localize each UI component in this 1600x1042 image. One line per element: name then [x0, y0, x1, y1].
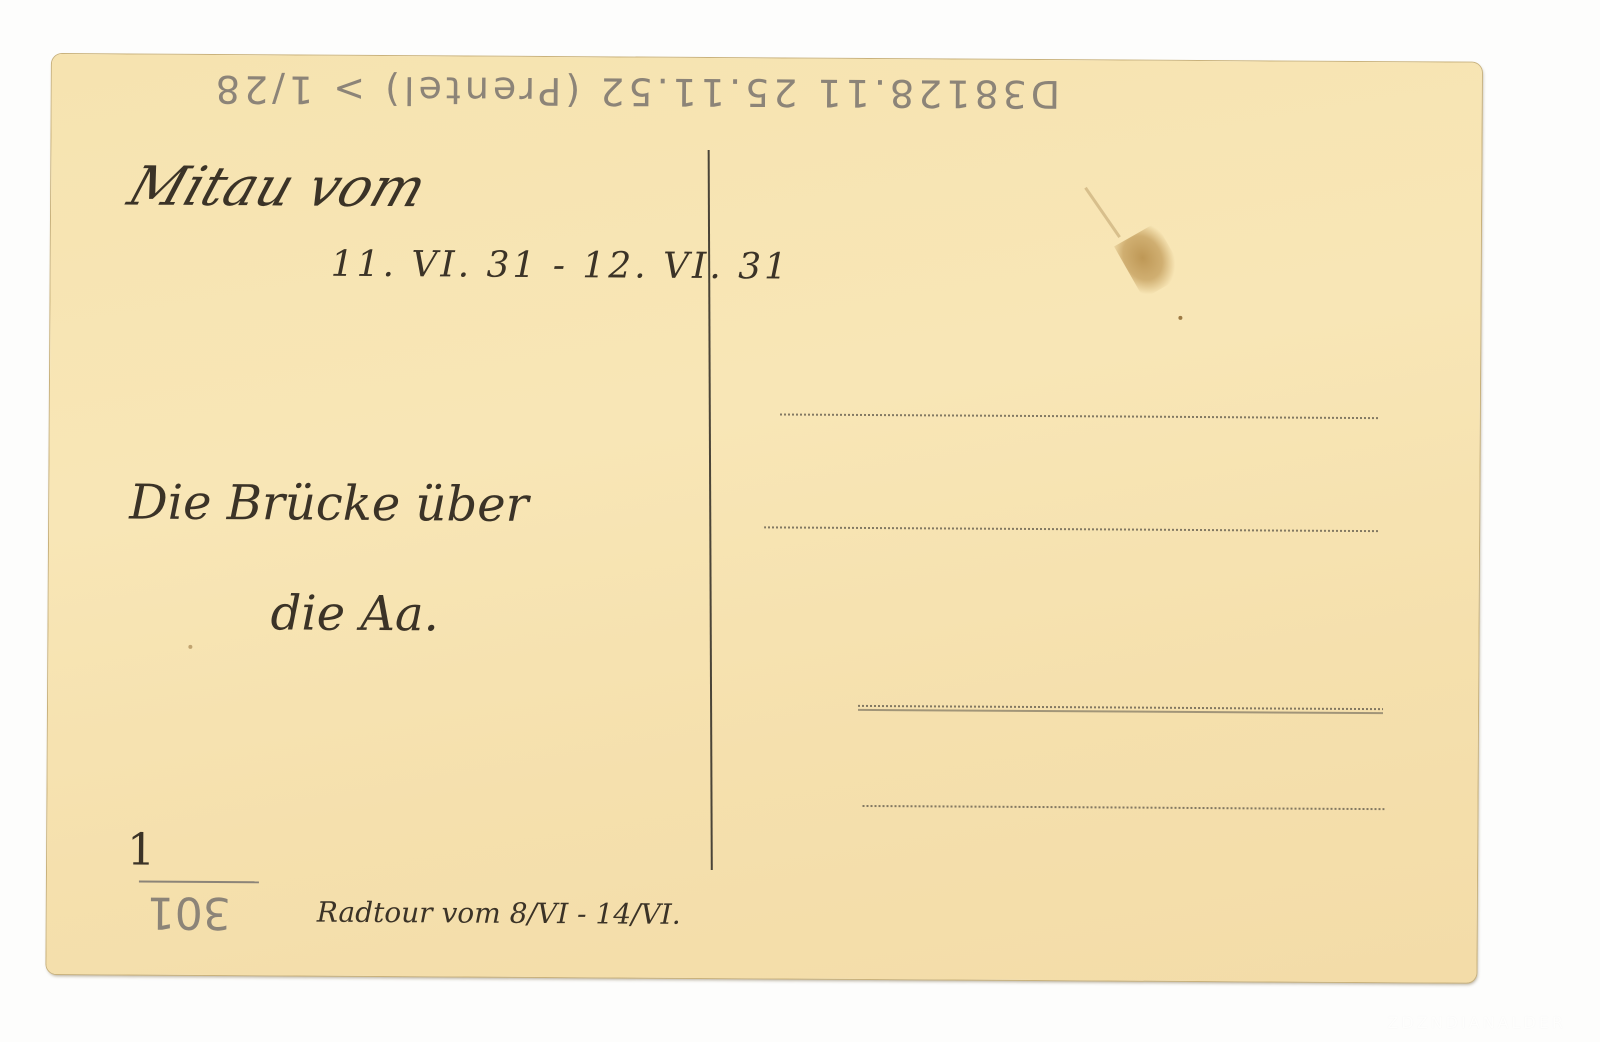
archive-pencil-note: D38128.11 25.11.52 (Prentel) > 1/28 [212, 67, 1061, 116]
postcard-back: D38128.11 25.11.52 (Prentel) > 1/28 Mita… [46, 54, 1482, 983]
bottom-trip-note: Radtour vom 8/VI - 14/VI. [317, 896, 681, 931]
paper-stain [1114, 223, 1185, 299]
paper-speck [188, 645, 192, 649]
bottom-mark: 1 [127, 824, 155, 875]
address-line-2 [764, 526, 1379, 532]
message-line-dates: 11. VI. 31 - 12. VI. 31 [331, 244, 791, 288]
paper-stain-streak [1084, 187, 1121, 238]
paper-speck [1178, 316, 1182, 320]
address-line-4 [862, 805, 1384, 810]
pencil-inventory-number: 301 [147, 887, 231, 939]
bottom-rule [139, 881, 259, 884]
caption-line-2: die Aa. [270, 585, 439, 642]
scanned-postcard-page: D38128.11 25.11.52 (Prentel) > 1/28 Mita… [0, 0, 1600, 1042]
watermark: ZDZNDIANALDER [1387, 1013, 1566, 1032]
message-line-location: Mitau vom [121, 155, 434, 220]
caption-line-1: Die Brücke über [129, 474, 529, 532]
address-line-1 [780, 413, 1380, 419]
address-line-3 [858, 705, 1383, 710]
